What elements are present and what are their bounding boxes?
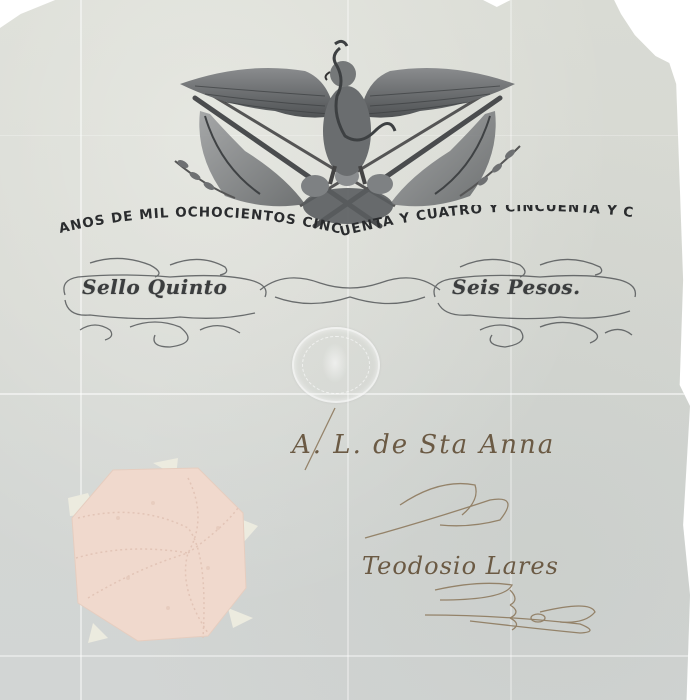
stamp-class-label: Sello Quinto [82,275,227,299]
stamp-value-label: Seis Pesos. [452,275,581,299]
wafer-seal-icon [58,458,258,648]
svg-text:ANOS DE MIL OCHOCIENTOS CINCUE: ANOS DE MIL OCHOCIENTOS CINCUENTA Y CUAT… [56,205,635,240]
embossed-eagle-icon [322,343,348,383]
fold-line [0,655,690,657]
santa-anna-signature: A. L. de Sta Anna [292,430,555,460]
document-sheet: ANOS DE MIL OCHOCIENTOS CINCUENTA Y CUAT… [0,0,690,700]
eagle-emblem-icon [165,36,530,231]
header-year-text: ANOS DE MIL OCHOCIENTOS CINCUENTA Y CUAT… [56,205,635,240]
header-year-line: ANOS DE MIL OCHOCIENTOS CINCUENTA Y CUAT… [56,205,636,245]
embossed-seal-icon [292,327,380,403]
secretary-signature: Teodosio Lares [362,552,559,580]
